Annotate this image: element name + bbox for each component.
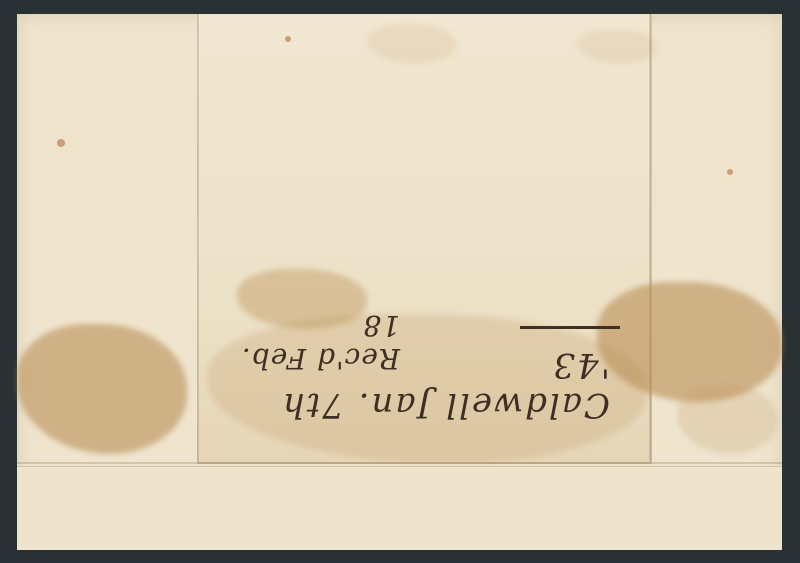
- docket-line-2: Rec'd Feb. 18: [225, 309, 400, 375]
- foxing-spot: [727, 169, 733, 175]
- fold-line: [649, 14, 651, 462]
- letter-sheet: [17, 14, 782, 549]
- bottom-fold-strip: [17, 466, 782, 550]
- handwritten-docket: Caldwell Jan. 7th '43 Rec'd Feb. 18: [225, 315, 620, 435]
- water-stain: [677, 384, 777, 454]
- fold-line: [197, 14, 199, 462]
- docket-underline: [520, 326, 620, 329]
- foxing-spot: [57, 139, 65, 147]
- foxing-spot: [285, 36, 291, 42]
- water-stain: [17, 324, 187, 454]
